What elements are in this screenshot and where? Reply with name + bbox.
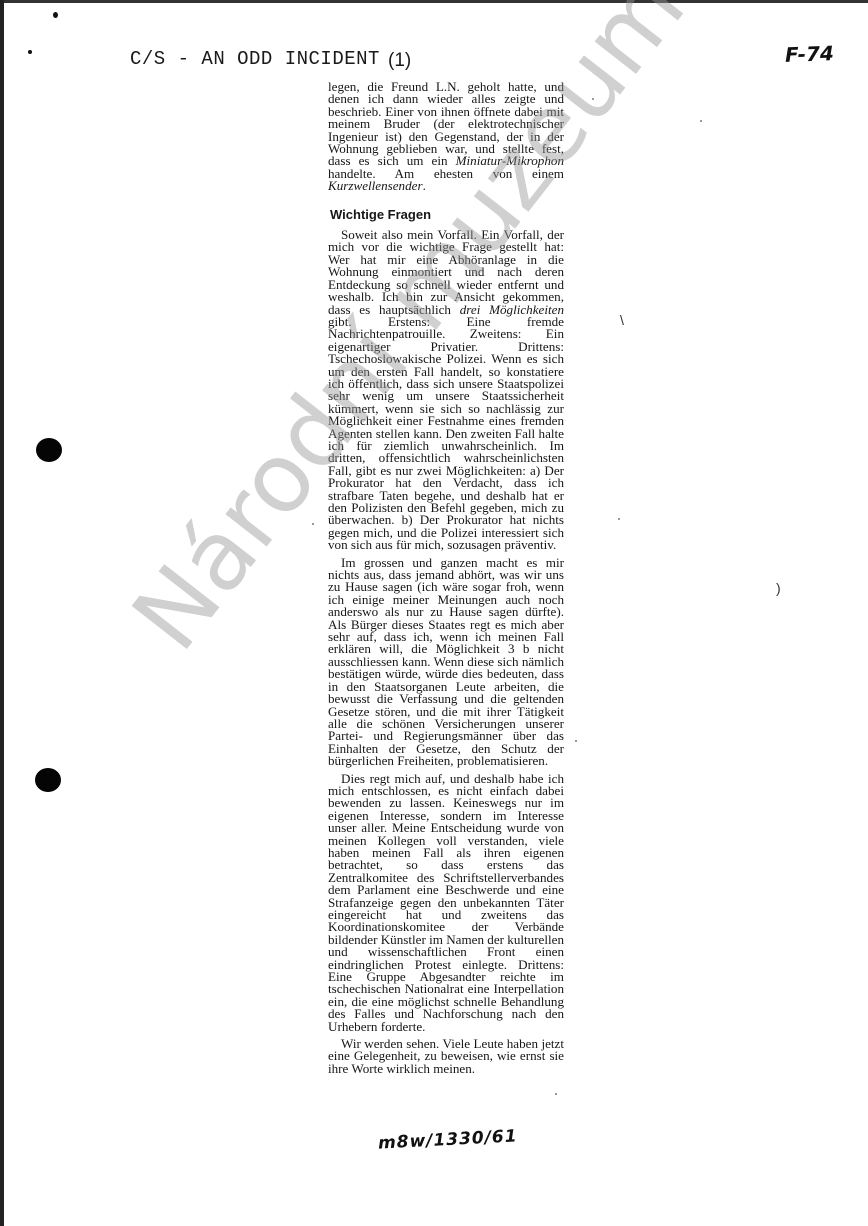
intro-paragraph: legen, die Freund L.N. geholt hatte, und… xyxy=(328,81,564,193)
paper-speck xyxy=(575,740,577,742)
punch-hole-upper xyxy=(36,438,62,462)
section-heading: Wichtige Fragen xyxy=(330,209,564,221)
article-column: legen, die Freund L.N. geholt hatte, und… xyxy=(328,81,564,1075)
punch-hole-lower xyxy=(35,768,61,792)
archive-reference: F-74 xyxy=(785,41,835,67)
scan-edge-top xyxy=(0,0,868,3)
scan-edge-left xyxy=(0,0,4,1226)
body-paragraph: Dies regt mich auf, und deshalb habe ich… xyxy=(328,773,564,1034)
margin-mark: ) xyxy=(776,580,781,596)
handwritten-reference: m8w/1330/61 xyxy=(378,1126,518,1153)
paper-speck xyxy=(592,98,594,100)
paper-speck xyxy=(555,1093,557,1095)
document-title: C/S - AN ODD INCIDENT xyxy=(130,48,380,70)
body-paragraph: Soweit also mein Vorfall. Ein Vorfall, d… xyxy=(328,229,564,552)
page-number: (1) xyxy=(388,50,411,72)
paper-speck xyxy=(618,518,620,520)
paper-speck xyxy=(700,120,702,122)
margin-mark: \ xyxy=(620,312,624,328)
body-paragraph: Im grossen und ganzen macht es mir nicht… xyxy=(328,557,564,768)
ink-dot xyxy=(53,12,58,18)
paper-speck xyxy=(312,523,314,525)
ink-dot xyxy=(28,50,32,54)
body-paragraph: Wir werden sehen. Viele Leute haben jetz… xyxy=(328,1038,564,1075)
emphasis: Kurzwellensender xyxy=(328,178,423,193)
